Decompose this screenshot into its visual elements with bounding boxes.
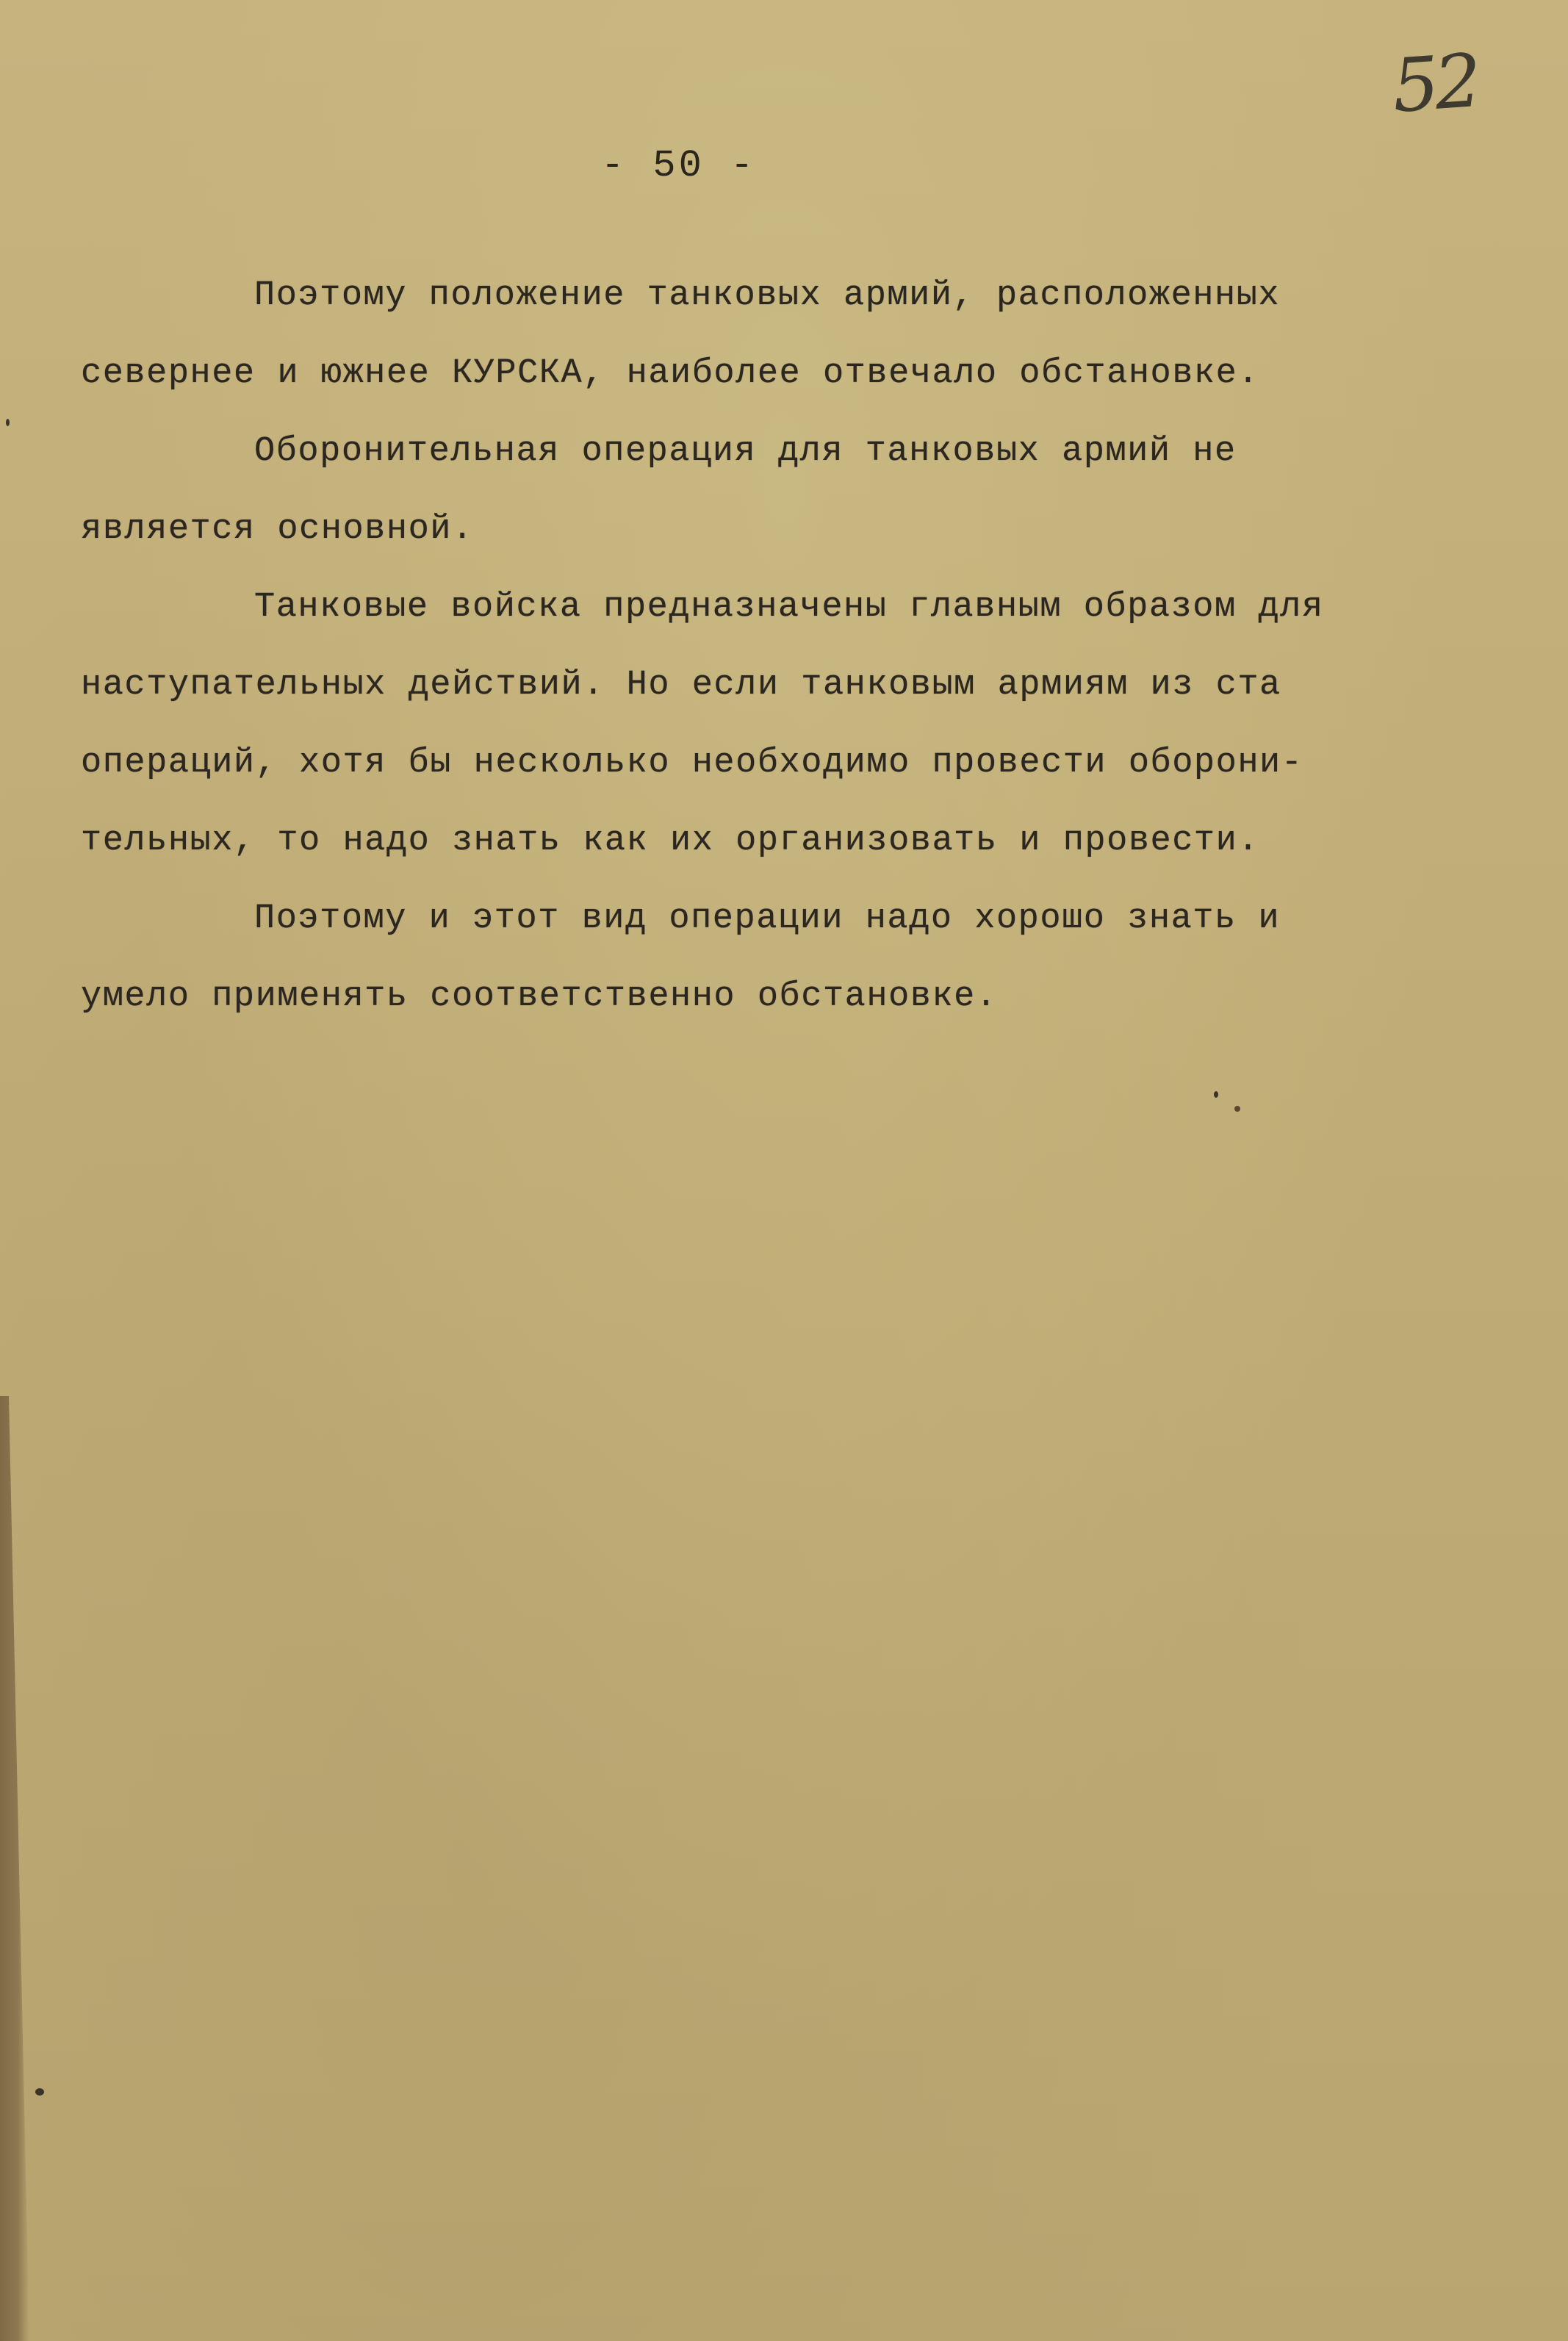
paper-speck [6, 419, 10, 426]
text-line: умело применять соответственно обстановк… [81, 958, 1514, 1036]
text-line: тельных, то надо знать как их организова… [81, 802, 1514, 880]
text-line: Оборонительная операция для танковых арм… [81, 413, 1514, 491]
text-line: севернее и южнее КУРСКА, наиболее отвеча… [81, 335, 1514, 413]
page-number: - 50 - [601, 144, 756, 187]
text-line: наступательных действий. Но если танковы… [81, 647, 1514, 724]
text-line: Танковые войска предназначены главным об… [81, 569, 1514, 647]
text-line: операций, хотя бы несколько необходимо п… [81, 724, 1514, 802]
paper-speck [35, 2088, 44, 2096]
text-line: Поэтому положение танковых армий, распол… [81, 257, 1514, 335]
handwritten-folio-number: 52 [1389, 37, 1480, 129]
paper-speck [1234, 1106, 1240, 1112]
typewritten-body: Поэтому положение танковых армий, распол… [81, 257, 1514, 1036]
text-line: является основной. [81, 491, 1514, 569]
text-line: Поэтому и этот вид операции надо хорошо … [81, 880, 1514, 958]
paper-speck [1214, 1091, 1218, 1098]
